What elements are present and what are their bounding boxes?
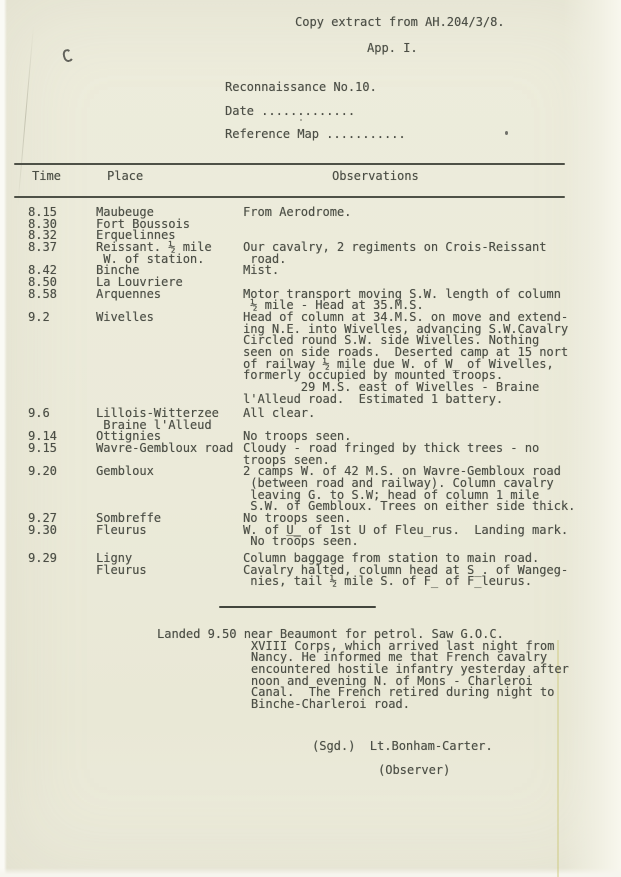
time-cell: 9.30: [28, 525, 96, 537]
place-cell: Wivelles: [96, 312, 243, 324]
table-row: 8.37Reissant. ½ mile W. of station.Our c…: [0, 242, 621, 265]
time-cell: 9.2: [28, 312, 96, 324]
observations-cell: Head of column at 34.M.S. on move and ex…: [243, 312, 621, 405]
table-row: 8.58ArquennesMotor transport moving S.W.…: [0, 289, 621, 312]
ink-speck: [505, 131, 508, 135]
table-row: 8.42BincheMist.: [0, 265, 621, 277]
observations-cell: Motor transport moving S.W. length of co…: [243, 289, 621, 312]
time-cell: 8.58: [28, 289, 96, 301]
column-header-time: Time: [32, 171, 61, 183]
table-body: 8.15MaubeugeFrom Aerodrome.8.30Fort Bous…: [0, 207, 621, 588]
column-header-place: Place: [107, 171, 143, 183]
table-row: 9.30FleurusW. of U̲ of 1st U of Fleu̲rus…: [0, 525, 621, 548]
time-cell: 8.37: [28, 242, 96, 254]
observations-cell: Mist.: [243, 265, 621, 277]
place-cell: Reissant. ½ mile W. of station.: [96, 242, 243, 265]
section-divider: [219, 606, 376, 608]
ink-speck: [61, 48, 74, 63]
observer-label: (Observer): [378, 765, 450, 777]
observations-cell: All clear.: [243, 408, 621, 420]
column-header-observations: Observations: [332, 171, 419, 183]
time-cell: 9.20: [28, 466, 96, 478]
copy-extract-heading: Copy extract from AH.204/3/8.: [295, 17, 505, 29]
place-cell: Fleurus: [96, 525, 243, 537]
ink-speck: [300, 119, 302, 121]
signature-line: (Sgd.) Lt.Bonham-Carter.: [312, 741, 493, 753]
table-row: 9.2WivellesHead of column at 34.M.S. on …: [0, 312, 621, 405]
reference-map-line: Reference Map ...........: [225, 129, 406, 141]
time-cell: 9.15: [28, 443, 96, 455]
document-page: Copy extract from AH.204/3/8. App. I. Re…: [0, 0, 621, 877]
reconnaissance-number: Reconnaissance No.10.: [225, 82, 377, 94]
date-line: Date .............: [225, 106, 355, 118]
table-row: 9.6Lillois-Witterzee Braine l'AlleudAll …: [0, 408, 621, 431]
place-cell: Wavre-Gembloux road: [96, 443, 243, 455]
place-cell: Gembloux: [96, 466, 243, 478]
landing-note: Landed 9.50 near Beaumont for petrol. Sa…: [157, 629, 569, 711]
table-row: 9.15Wavre-Gembloux roadCloudy - road fri…: [0, 443, 621, 466]
place-cell: LignyFleurus: [96, 553, 243, 576]
table-header-rule: [14, 196, 565, 198]
observations-cell: Cloudy - road fringed by thick trees - n…: [243, 443, 621, 466]
place-cell: Arquennes: [96, 289, 243, 301]
paper-edge-bottom: [0, 868, 621, 877]
appendix-heading: App. I.: [367, 43, 418, 55]
table-row: 8.15MaubeugeFrom Aerodrome.: [0, 207, 621, 219]
time-cell: 9.29: [28, 553, 96, 565]
table-row: 8.30Fort Boussois: [0, 219, 621, 231]
table-top-rule: [14, 163, 565, 165]
observations-cell: 2 camps W. of 42 M.S. on Wavre-Gembloux …: [243, 466, 621, 513]
time-cell: 9.6: [28, 408, 96, 420]
observations-cell: From Aerodrome.: [243, 207, 621, 219]
table-row: 9.20Gembloux2 camps W. of 42 M.S. on Wav…: [0, 466, 621, 513]
observations-cell: Column baggage from station to main road…: [243, 553, 621, 588]
table-row: 9.29LignyFleurusColumn baggage from stat…: [0, 553, 621, 588]
place-cell: Lillois-Witterzee Braine l'Alleud: [96, 408, 243, 431]
observations-cell: W. of U̲ of 1st U of Fleu̲rus. Landing m…: [243, 525, 621, 548]
observations-cell: Our cavalry, 2 regiments on Crois-Reissa…: [243, 242, 621, 265]
